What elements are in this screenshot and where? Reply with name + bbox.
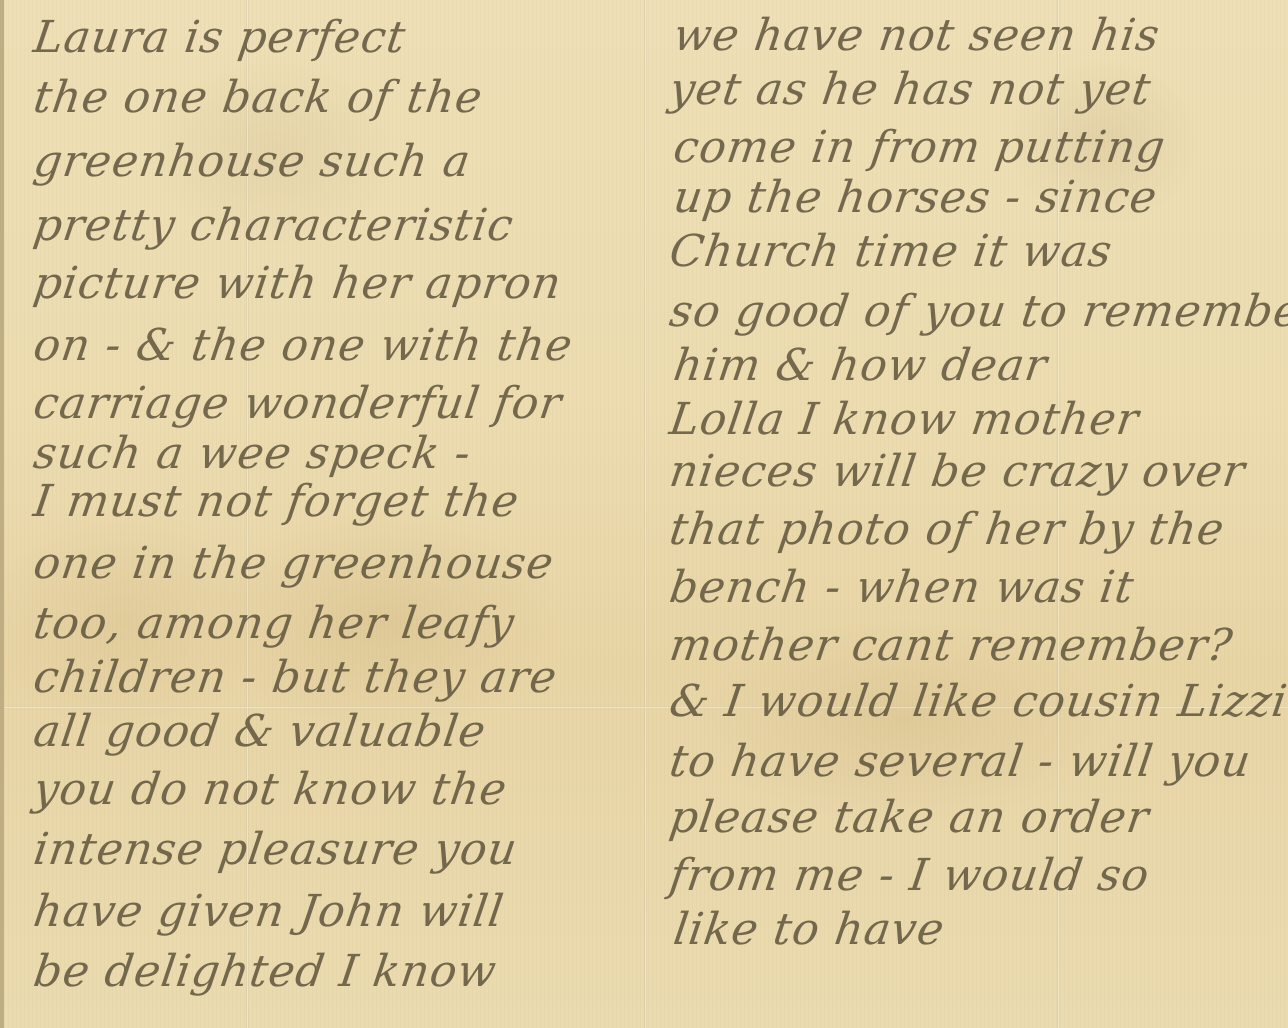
handwritten-line: to have several - will you	[666, 736, 1254, 787]
handwritten-line: that photo of her by the	[666, 504, 1227, 555]
handwritten-line: Lolla I know mother	[666, 394, 1142, 445]
handwritten-line: like to have	[670, 904, 948, 955]
handwritten-line: nieces will be crazy over	[666, 446, 1248, 497]
handwritten-line: the one back of the	[30, 72, 486, 123]
handwritten-line: have given John will	[30, 886, 507, 937]
handwritten-line: carriage wonderful for	[30, 378, 565, 429]
handwritten-line: on - & the one with the	[30, 320, 576, 371]
handwritten-line: greenhouse such a	[30, 136, 474, 187]
handwritten-line: Church time it was	[666, 226, 1115, 277]
handwritten-line: picture with her apron	[30, 258, 565, 309]
handwritten-line: one in the greenhouse	[30, 538, 557, 589]
handwritten-line: him & how dear	[670, 340, 1050, 391]
handwritten-line: & I would like cousin Lizzie	[666, 676, 1288, 727]
handwritten-line: Laura is perfect	[30, 12, 409, 63]
handwritten-line: so good of you to remember	[666, 286, 1288, 337]
handwritten-line: too, among her leafy	[30, 598, 518, 649]
handwritten-line: such a wee speck -	[30, 428, 474, 479]
handwritten-line: up the horses - since	[670, 172, 1160, 223]
letter-sheet: Laura is perfect the one back of the gre…	[0, 0, 1288, 1028]
handwritten-line: bench - when was it	[666, 562, 1137, 613]
handwritten-line: all good & valuable	[30, 706, 489, 757]
handwritten-line: children - but they are	[30, 652, 560, 703]
handwritten-line: from me - I would so	[666, 850, 1152, 901]
handwritten-line: I must not forget the	[30, 476, 522, 527]
handwritten-line: pretty characteristic	[30, 200, 517, 251]
handwritten-line: mother cant remember?	[666, 620, 1236, 671]
handwritten-line: be delighted I know	[30, 946, 500, 997]
handwritten-line: you do not know the	[30, 764, 510, 815]
right-page: we have not seen his yet as he has not y…	[644, 0, 1288, 1028]
handwritten-line: we have not seen his	[670, 10, 1163, 61]
handwritten-line: please take an order	[666, 792, 1152, 843]
left-page: Laura is perfect the one back of the gre…	[4, 0, 644, 1028]
handwritten-line: intense pleasure you	[30, 824, 520, 875]
handwritten-line: yet as he has not yet	[666, 64, 1154, 115]
handwritten-line: come in from putting	[670, 122, 1168, 173]
